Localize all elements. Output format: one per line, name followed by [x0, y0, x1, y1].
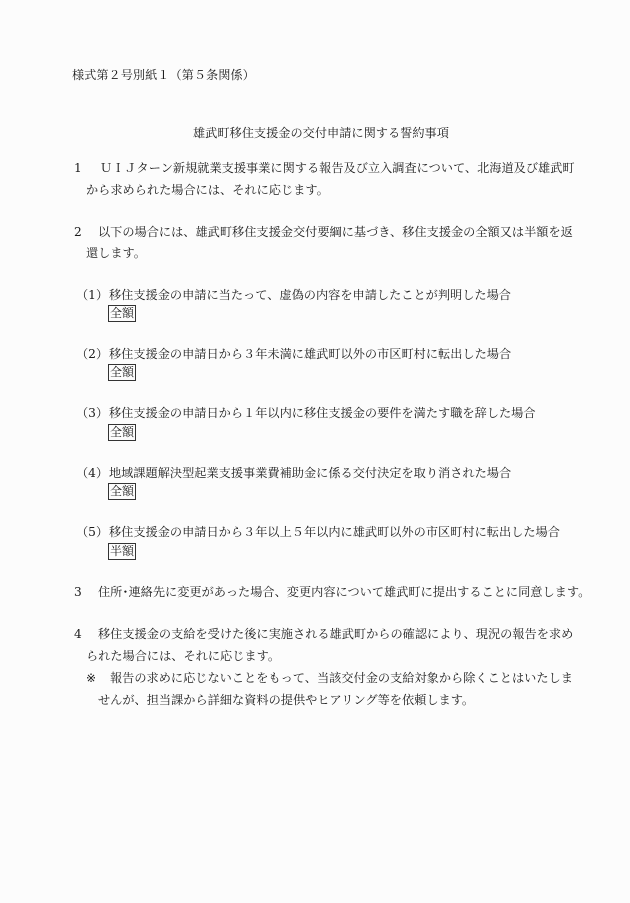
- item-number: 4: [74, 624, 82, 644]
- item-text-line1: 移住支援金の支給を受けた後に実施される雄武町からの確認により、現況の報告を求め: [98, 624, 573, 644]
- note-text-line1: 報告の求めに応じないことをもって、当該交付金の支給対象から除くことはいたしま: [110, 668, 573, 688]
- subitem-number: （1）: [76, 285, 108, 305]
- subitem-text: 移住支援金の申請日から３年以上５年以内に雄武町以外の市区町村に転出した場合: [109, 522, 560, 542]
- subitem-number: （2）: [76, 344, 108, 364]
- subitem-text: 移住支援金の申請日から３年未満に雄武町以外の市区町村に転出した場合: [109, 344, 511, 364]
- item-text-line2: から求められた場合には、それに応じます。: [86, 180, 329, 200]
- document-title: 雄武町移住支援金の交付申請に関する誓約事項: [193, 124, 449, 141]
- form-label: 様式第２号別紙１（第５条関係）: [72, 66, 255, 83]
- subitem-text: 移住支援金の申請日から１年以内に移住支援金の要件を満たす職を辞した場合: [109, 403, 536, 423]
- item-text-line1: 住所･連絡先に変更があった場合、変更内容について雄武町に提出することに同意します…: [98, 582, 590, 602]
- note-text-line2: せんが、担当課から詳細な資料の提供やヒアリング等を依頼します。: [98, 690, 474, 710]
- amount-badge: 半額: [108, 543, 136, 560]
- item-text-line1: 以下の場合には、雄武町移住支援金交付要綱に基づき、移住支援金の全額又は半額を返: [98, 222, 573, 242]
- subitem-text: 移住支援金の申請に当たって、虚偽の内容を申請したことが判明した場合: [109, 285, 511, 305]
- item-number: 3: [74, 582, 82, 602]
- amount-badge: 全額: [108, 424, 136, 441]
- subitem-number: （4）: [76, 463, 108, 483]
- amount-badge: 全額: [108, 483, 136, 500]
- amount-badge: 全額: [108, 364, 136, 381]
- subitem-number: （5）: [76, 522, 108, 542]
- amount-badge: 全額: [108, 305, 136, 322]
- item-number: 2: [74, 222, 82, 242]
- item-number: 1: [74, 158, 82, 178]
- subitem-text: 地域課題解決型起業支援事業費補助金に係る交付決定を取り消された場合: [109, 463, 511, 483]
- note-mark: ※: [86, 668, 96, 688]
- item-text-line2: 還します。: [86, 243, 146, 263]
- item-text-line2: られた場合には、それに応じます。: [86, 646, 280, 666]
- item-text-line1: ＵＩＪターン新規就業支援事業に関する報告及び立入調査について、北海道及び雄武町: [100, 158, 575, 178]
- subitem-number: （3）: [76, 403, 108, 423]
